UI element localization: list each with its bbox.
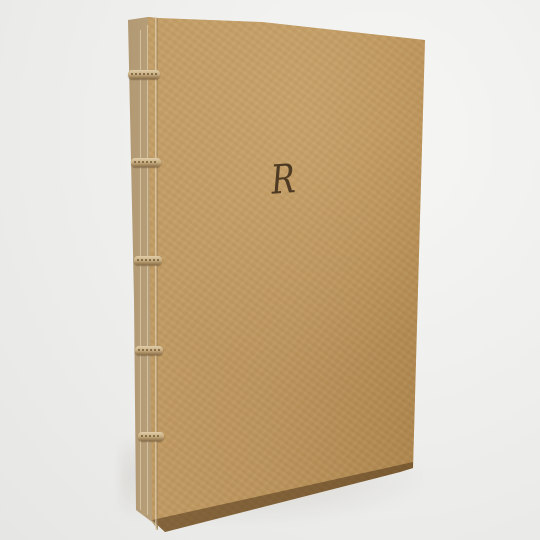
- raised-cord: [131, 158, 161, 167]
- vellum-texture: [0, 0, 540, 540]
- spine-crease: [147, 25, 148, 515]
- photo-scene: R: [0, 0, 540, 540]
- raised-cord: [134, 256, 162, 265]
- raised-cord: [128, 70, 160, 79]
- raised-cord: [135, 346, 163, 355]
- raised-cord: [138, 432, 164, 441]
- spine-hinge: [155, 18, 158, 530]
- cover-inscription: R: [270, 159, 297, 201]
